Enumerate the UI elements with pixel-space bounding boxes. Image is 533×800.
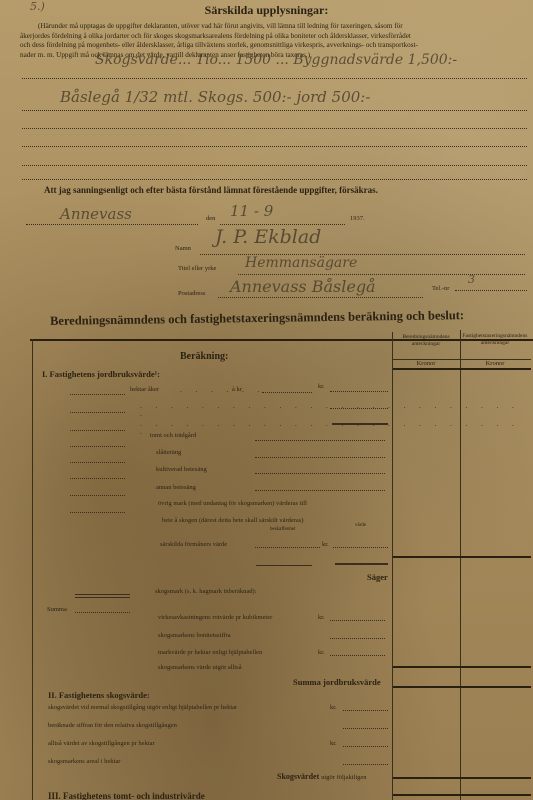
forest-row-unit: kr. — [318, 614, 325, 622]
row-label: annan betesäng — [156, 484, 196, 492]
handwritten-line-1: Skogsvärde... Tio... 1500 ... Byggnadsvä… — [95, 52, 457, 68]
address-value: Annevass Båslegå — [230, 277, 376, 296]
forest-sum-label-rest: utgör följaktligen — [321, 774, 366, 781]
forest-value-row-label: skogsvärdet vid normal skogstillgång utg… — [48, 704, 237, 712]
instruction-line: (Härunder må upptagas de uppgifter dekla… — [38, 22, 528, 32]
special-benefits-input[interactable] — [255, 547, 320, 548]
row-label: slåtteräng — [156, 449, 181, 457]
forest-value-input[interactable] — [343, 764, 388, 765]
place-value: Annevass — [60, 205, 132, 223]
block-rule — [393, 794, 531, 796]
address-label: Postadress — [178, 290, 205, 298]
leader-dots: . . . . . . . . . . . . . . . . . . . . … — [140, 402, 533, 418]
leader-dots: . . . . . . — [180, 386, 265, 394]
subtotal-rule — [335, 563, 388, 565]
table-left-rule — [32, 339, 33, 800]
forest-row-input[interactable] — [330, 620, 385, 621]
special-info-title: Särskilda upplysningar: — [0, 3, 533, 18]
hectare-input[interactable] — [70, 394, 125, 395]
forest-value-row-label: alltså värdet av skogstillgången pr hekt… — [48, 740, 155, 748]
summa-label: Summa — [47, 606, 67, 614]
hectare-input[interactable] — [70, 512, 125, 513]
summa-input[interactable] — [75, 612, 130, 613]
col1-currency: Kronor — [394, 360, 458, 368]
writing-line — [22, 165, 527, 166]
hectare-input[interactable] — [70, 412, 125, 413]
header-bottom-rule — [393, 368, 531, 370]
forest-value-input[interactable] — [343, 710, 388, 711]
value-input[interactable] — [255, 457, 385, 458]
forest-row-label: skogsmarkens bonitetssiffra — [158, 632, 231, 640]
section1-heading: I. Fastighetens jordbruksvärde¹: — [42, 369, 160, 379]
den-label: den — [206, 215, 215, 223]
row-label: tomt och trädgård — [150, 432, 196, 440]
sub-beskaffenhet: beskaffenhet — [270, 526, 295, 534]
address-line[interactable] — [218, 297, 423, 298]
sub-varde: värde — [355, 522, 366, 530]
forest-value-row-unit: kr. — [330, 740, 337, 748]
special-benefits-label: särskilda förmåners värde — [160, 541, 227, 549]
forest-row-unit: kr. — [318, 649, 325, 657]
forest-row-input[interactable] — [330, 638, 385, 639]
col-divider-2 — [460, 330, 461, 800]
title-label: Titel eller yrke — [178, 265, 216, 273]
writing-line — [22, 78, 527, 79]
col1-header: Beredningsnämndens anteckningar — [394, 334, 458, 348]
row-label: bete å skogen (därest detta bete skall s… — [162, 517, 304, 525]
forest-row-label: skogsmarkens värde utgör alltså — [158, 664, 242, 672]
writing-line — [22, 146, 527, 147]
block-rule — [393, 777, 531, 779]
row-label: kultiverad betesäng — [156, 466, 207, 474]
handwritten-line-2: Båslegå 1/32 mtl. Skogs. 500:- jord 500:… — [60, 88, 370, 106]
block-rule — [393, 666, 531, 668]
total-unit: kr. — [318, 383, 325, 391]
forest-sum-row: Skogsvärdet utgör följaktligen — [277, 772, 367, 782]
name-label: Namn — [175, 245, 191, 253]
row-label: övrig mark (med undantag för skogsmarken… — [158, 500, 307, 508]
phone-value: 3 — [468, 273, 475, 286]
value-input[interactable] — [255, 440, 385, 441]
special-benefits-total[interactable] — [333, 547, 388, 548]
col2-header: Fastighetstaxeringsnämndens anteckningar — [462, 333, 528, 347]
calc-title: Beräkning: — [180, 351, 228, 362]
writing-line — [22, 110, 527, 111]
phone-line[interactable] — [455, 290, 527, 291]
total-input[interactable] — [330, 408, 388, 409]
forest-value-input[interactable] — [343, 746, 388, 747]
hectare-input[interactable] — [70, 430, 125, 431]
hectare-input[interactable] — [70, 446, 125, 447]
hectare-input[interactable] — [70, 462, 125, 463]
row-label: hektar åker — [130, 386, 159, 394]
block-rule — [393, 686, 531, 688]
special-benefits-unit: kr. — [322, 541, 329, 549]
block-rule — [393, 556, 531, 558]
decision-title: Beredningsnämndens och fastighetstaxerin… — [50, 308, 464, 329]
hectare-input[interactable] — [70, 478, 125, 479]
subtotal-rule — [256, 565, 312, 566]
value-input[interactable] — [255, 490, 385, 491]
affirmation-text: Att jag sanningsenligt och efter bästa f… — [44, 185, 378, 195]
forest-row-label: markvärde pr hektar enligt hjälptabellen — [158, 649, 262, 657]
forest-value-input[interactable] — [343, 728, 388, 729]
title-value: Hemmansägare — [245, 255, 357, 271]
forest-row-label: virkesavkastningens rotvärde pr kubikmet… — [158, 614, 272, 622]
unit-label: à kr — [232, 386, 242, 394]
writing-line — [22, 179, 527, 180]
name-value: J. P. Ekblad — [215, 226, 321, 248]
writing-line — [22, 128, 527, 129]
section2-heading: II. Fastighetens skogsvärde: — [48, 690, 150, 700]
sum-rule — [75, 594, 130, 595]
subtotal-rule — [332, 423, 388, 425]
instruction-line: åkerjordes fördelning å olika jordarter … — [20, 32, 528, 42]
value-input[interactable] — [255, 473, 385, 474]
sum-rule — [75, 597, 130, 598]
place-line[interactable] — [26, 224, 198, 225]
forest-value-row-label: beräknade siffran för den relativa skogs… — [48, 722, 177, 730]
total-input[interactable] — [330, 391, 388, 392]
year-label: 1937. — [350, 215, 365, 223]
col2-currency: Kronor — [462, 360, 528, 368]
sum-agriculture-label: Summa jordbruksvärde — [293, 677, 381, 687]
hectare-input[interactable] — [70, 495, 125, 496]
forest-value-row-label: skogsmarkens areal i hektar — [48, 758, 120, 766]
forest-value-row-unit: kr. — [330, 704, 337, 712]
forest-sum-label-bold: Skogsvärdet — [277, 772, 319, 781]
instruction-line: och dess fördelning på mogenhets- eller … — [20, 41, 528, 51]
price-input[interactable] — [262, 392, 312, 393]
sager-label: Säger — [367, 572, 388, 582]
forest-land-label: skogsmark (s. k. hagmark inberäknad): — [155, 588, 256, 596]
date-value: 11 - 9 — [230, 202, 273, 220]
phone-label: Tel.-nr — [432, 285, 449, 293]
section3-heading: III. Fastighetens tomt- och industrivärd… — [48, 791, 205, 800]
date-line[interactable] — [220, 224, 345, 225]
forest-row-input[interactable] — [330, 655, 385, 656]
title-line[interactable] — [238, 274, 525, 275]
